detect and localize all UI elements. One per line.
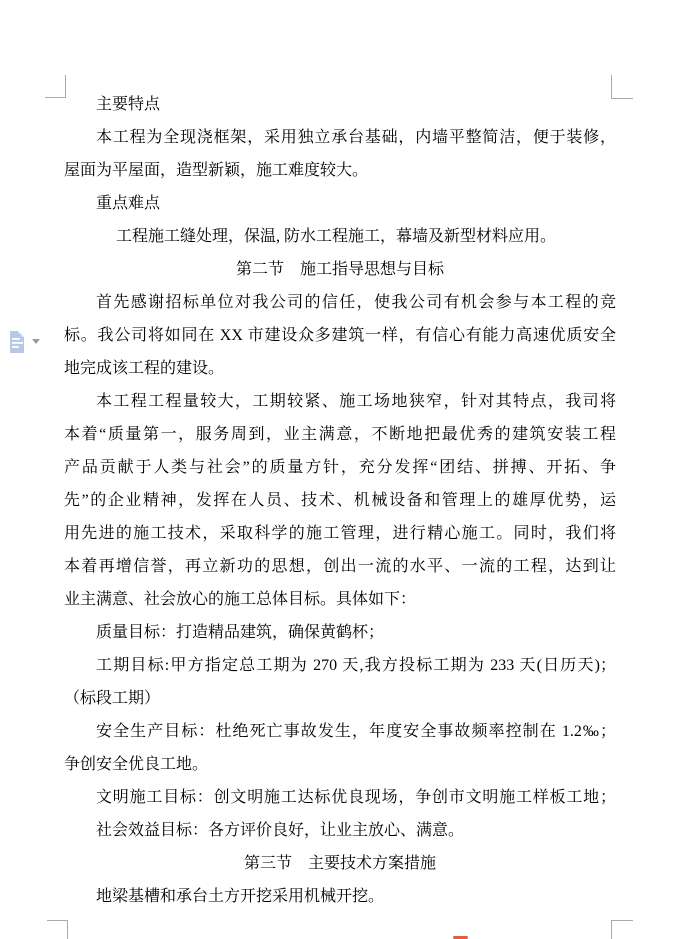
- text-line[interactable]: 用先进的施工技术，采取科学的施工管理，进行精心施工。同时，我们将: [64, 517, 616, 550]
- document-icon[interactable]: [6, 331, 25, 358]
- margin-crop-mark-bottom-right: [611, 920, 633, 939]
- text-line[interactable]: （标段工期）: [64, 682, 616, 715]
- text-line[interactable]: 质量目标：打造精品建筑，确保黄鹤杯；: [64, 616, 616, 649]
- text-line[interactable]: 地梁基槽和承台土方开挖采用机械开挖。: [64, 880, 616, 913]
- text-line[interactable]: 本着“质量第一，服务周到，业主满意，不断地把最优秀的建筑安装工程: [64, 418, 616, 451]
- text-line[interactable]: 屋面为平屋面，造型新颖，施工难度较大。: [64, 154, 616, 187]
- text-line[interactable]: 社会效益目标：各方评价良好，让业主放心、满意。: [64, 814, 616, 847]
- text-line[interactable]: 业主满意、社会放心的施工总体目标。具体如下：: [64, 583, 616, 616]
- text-line[interactable]: 首先感谢招标单位对我公司的信任，使我公司有机会参与本工程的竞: [64, 286, 616, 319]
- text-line[interactable]: 主要特点: [64, 88, 616, 121]
- text-line[interactable]: 先”的企业精神，发挥在人员、技术、机械设备和管理上的雄厚优势，运: [64, 484, 616, 517]
- section-heading[interactable]: 第三节 主要技术方案措施: [64, 847, 616, 880]
- text-line[interactable]: 标。我公司将如同在 XX 市建设众多建筑一样，有信心有能力高速优质安全: [64, 319, 616, 352]
- chevron-down-icon[interactable]: [32, 339, 40, 344]
- text-line[interactable]: 工程施工缝处理，保温, 防水工程施工，幕墙及新型材料应用。: [64, 220, 616, 253]
- section-heading[interactable]: 第二节 施工指导思想与目标: [64, 253, 616, 286]
- text-line[interactable]: 地完成该工程的建设。: [64, 352, 616, 385]
- text-line[interactable]: 本工程为全现浇框架，采用独立承台基础，内墙平整简洁，便于装修，: [64, 121, 616, 154]
- text-line[interactable]: 重点难点: [64, 187, 616, 220]
- text-line[interactable]: 本着再增信誉，再立新功的思想，创出一流的水平、一流的工程，达到让: [64, 550, 616, 583]
- document-text-area[interactable]: 主要特点本工程为全现浇框架，采用独立承台基础，内墙平整简洁，便于装修，屋面为平屋…: [64, 88, 616, 913]
- document-page: 主要特点本工程为全现浇框架，采用独立承台基础，内墙平整简洁，便于装修，屋面为平屋…: [0, 0, 684, 939]
- margin-crop-mark-top-left: [45, 75, 66, 98]
- text-line[interactable]: 文明施工目标：创文明施工达标优良现场，争创市文明施工样板工地；: [64, 781, 616, 814]
- margin-annotation-widget[interactable]: [6, 331, 40, 358]
- text-line[interactable]: 争创安全优良工地。: [64, 748, 616, 781]
- margin-crop-mark-bottom-left: [47, 920, 68, 939]
- text-line[interactable]: 本工程工程量较大，工期较紧、施工场地狭窄，针对其特点，我司将: [64, 385, 616, 418]
- text-line[interactable]: 安全生产目标：杜绝死亡事故发生，年度安全事故频率控制在 1.2‰；: [64, 715, 616, 748]
- text-line[interactable]: 工期目标:甲方指定总工期为 270 天,我方投标工期为 233 天(日历天)；: [64, 649, 616, 682]
- text-line[interactable]: 产品贡献于人类与社会”的质量方针，充分发挥“团结、拼搏、开拓、争: [64, 451, 616, 484]
